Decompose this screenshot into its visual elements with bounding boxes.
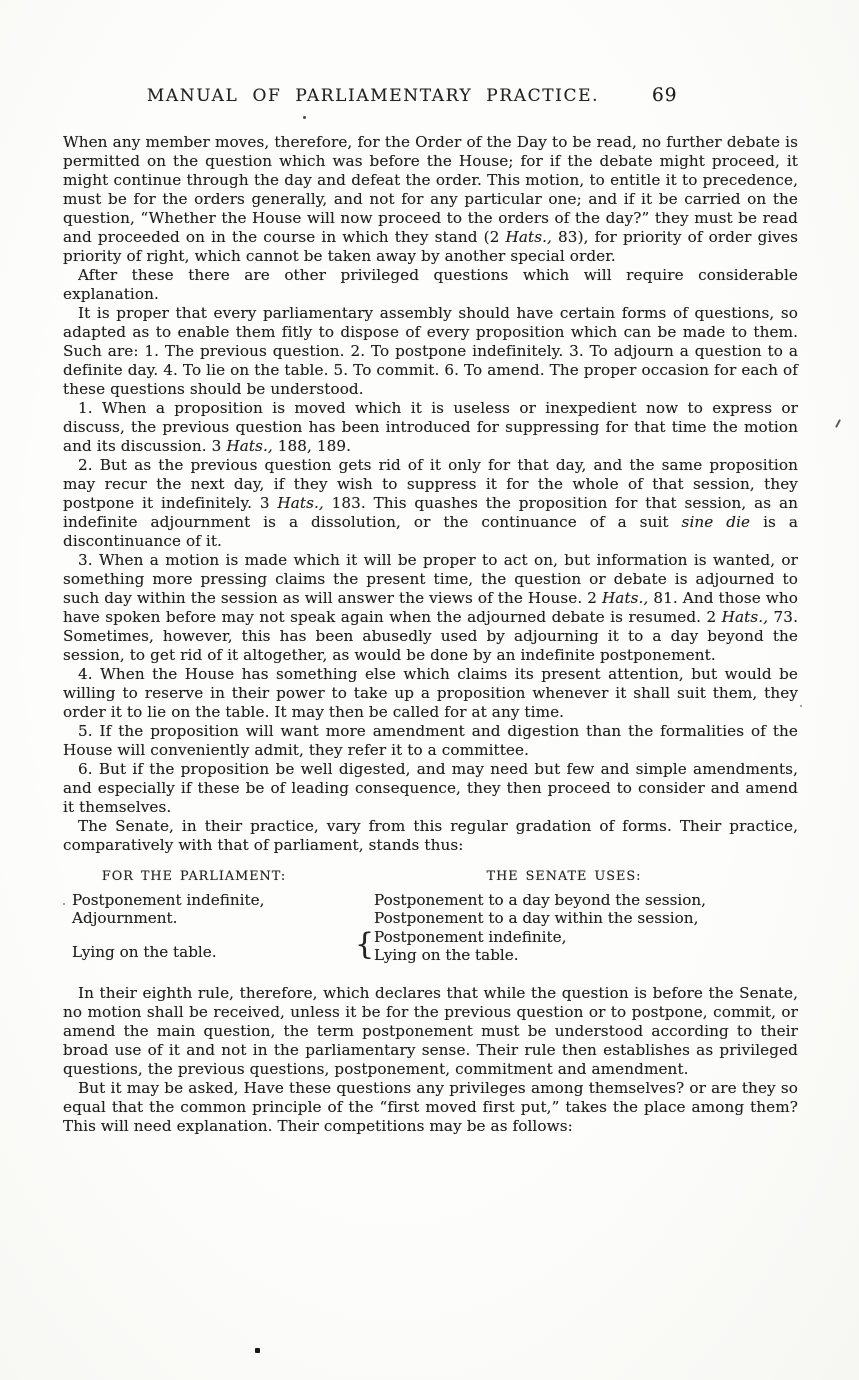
paragraph: 5. If the proposition will want more ame… [63,722,798,760]
senate-column: THE SENATE USES: Postponement to a day b… [353,868,798,965]
paragraph: In their eighth rule, therefore, which d… [63,984,798,1079]
scan-speck [303,116,306,119]
paragraph: 6. But if the proposition be well digest… [63,760,798,817]
paragraph: The Senate, in their practice, vary from… [63,817,798,855]
parliament-column: FOR THE PARLIAMENT: Postponement indefin… [63,868,353,965]
paragraph: 4. When the House has something else whi… [63,665,798,722]
running-title: MANUAL OF PARLIAMENTARY PRACTICE. [147,86,599,106]
comparison-table: FOR THE PARLIAMENT: Postponement indefin… [63,868,798,965]
paragraphs-before-table: When any member moves, therefore, for th… [63,133,798,855]
page-header: MANUAL OF PARLIAMENTARY PRACTICE. 69 [63,86,798,112]
paragraph: 2. But as the previous question gets rid… [63,456,798,551]
scan-speck [791,519,794,521]
scan-speck [63,903,65,905]
page-number: 69 [652,85,678,106]
comparison-row: Postponement to a day beyond the session… [374,891,798,910]
comparison-row [63,928,353,943]
paragraphs-after-table: In their eighth rule, therefore, which d… [63,984,798,1136]
parliament-column-header: FOR THE PARLIAMENT: [63,868,325,887]
paragraph: After these there are other privileged q… [63,266,798,304]
senate-rows: Postponement to a day beyond the session… [374,891,798,928]
paragraph: But it may be asked, Have these question… [63,1079,798,1136]
comparison-row: Postponement to a day within the session… [374,909,798,928]
comparison-row: Lying on the table. [374,946,798,965]
scanned-book-page: MANUAL OF PARLIAMENTARY PRACTICE. 69 Whe… [0,0,859,1380]
body-text: When any member moves, therefore, for th… [63,133,798,1136]
senate-braced-rows: Postponement indefinite,Lying on the tab… [374,928,798,965]
scan-speck [835,419,841,428]
senate-braced-group: { Postponement indefinite,Lying on the t… [374,928,798,965]
scan-speck [255,1348,260,1353]
comparison-row: Postponement indefinite, [374,928,798,947]
comparison-row: Lying on the table. [63,943,353,962]
brace-glyph: { [355,925,374,965]
comparison-row: Postponement indefinite, [63,891,353,910]
parliament-rows: Postponement indefinite,Adjournment. Lyi… [63,891,353,962]
paragraph: 3. When a motion is made which it will b… [63,551,798,665]
senate-column-header: THE SENATE USES: [374,868,754,887]
comparison-row: Adjournment. [63,909,353,928]
paragraph: When any member moves, therefore, for th… [63,133,798,266]
paragraph: 1. When a proposition is moved which it … [63,399,798,456]
scan-speck [800,705,802,707]
paragraph: It is proper that every parliamentary as… [63,304,798,399]
